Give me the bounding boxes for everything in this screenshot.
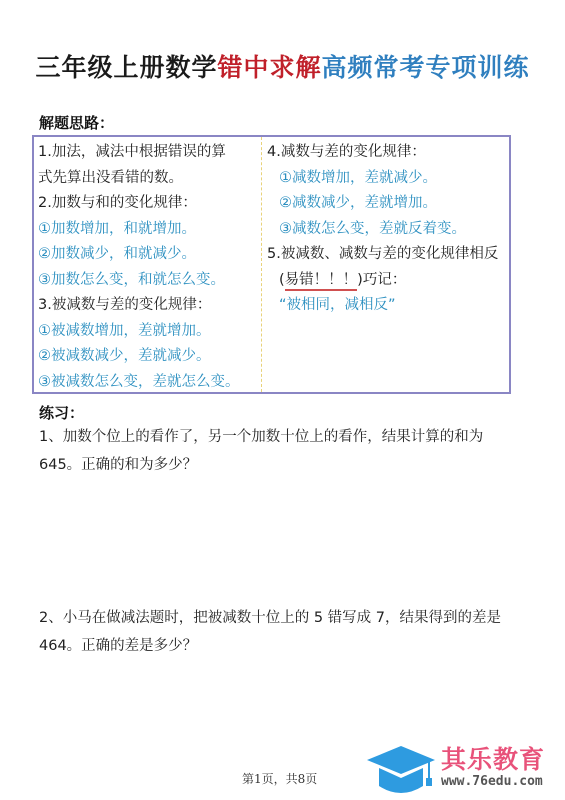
tip-line: 1.加法，减法中根据错误的算 [38, 140, 261, 166]
title-subtitle: 高频常考专项训练 [322, 53, 530, 82]
title-topic: 错中求解 [217, 53, 321, 82]
mnemonic-label: )巧记： [357, 272, 406, 288]
tip-line: ②加数减少，和就减少。 [38, 242, 261, 268]
tip-line: 式先算出没看错的数。 [38, 166, 261, 192]
tip-line: ②被减数减少，差就减少。 [38, 344, 261, 370]
tip-line: ③被减数怎么变，差就怎么变。 [38, 370, 261, 396]
brand-logo: 其乐教育 www.76edu.com [365, 740, 565, 796]
open-paren: ( [279, 272, 285, 288]
brand-name: 其乐教育 [441, 740, 545, 776]
graduation-cap-icon [365, 744, 437, 800]
tip-line: ③加数怎么变，和就怎么变。 [38, 268, 261, 294]
approach-box: 1.加法，减法中根据错误的算 式先算出没看错的数。 2.加数与和的变化规律： ①… [32, 135, 511, 394]
tip-line: 2.加数与和的变化规律： [38, 191, 261, 217]
mnemonic-text: “被相同，减相反” [267, 293, 509, 319]
title-grade: 三年级上册数学 [35, 53, 217, 82]
tip-line: ①加数增加，和就增加。 [38, 217, 261, 243]
rule4-item: ③减数怎么变，差就反着变。 [267, 217, 509, 243]
practice-question-2: 2、小马在做减法题时，把被减数十位上的 5 错写成 7，结果得到的差是 464。… [39, 604, 529, 660]
brand-url: www.76edu.com [441, 774, 543, 789]
tip-line: 3.被减数与差的变化规律： [38, 293, 261, 319]
page-indicator: 第1页，共8页 [242, 770, 317, 787]
approach-heading: 解题思路： [39, 112, 114, 133]
approach-left-column: 1.加法，减法中根据错误的算 式先算出没看错的数。 2.加数与和的变化规律： ①… [34, 137, 262, 392]
rule4-title: 4.减数与差的变化规律： [267, 140, 509, 166]
approach-right-column: 4.减数与差的变化规律： ①减数增加，差就减少。 ②减数减少，差就增加。 ③减数… [262, 137, 509, 392]
page-title: 三年级上册数学错中求解高频常考专项训练 [0, 48, 565, 84]
rule5-mnemonic-label: (易错！！！)巧记： [267, 268, 509, 294]
rule5-title: 5.被减数、减数与差的变化规律相反 [267, 242, 509, 268]
error-prone-warning: 易错！！！ [285, 272, 358, 291]
rule4-item: ①减数增加，差就减少。 [267, 166, 509, 192]
practice-heading: 练习： [39, 402, 84, 423]
tip-line: ①被减数增加，差就增加。 [38, 319, 261, 345]
practice-question-1: 1、加数个位上的看作了，另一个加数十位上的看作，结果计算的和为 645。正确的和… [39, 423, 529, 479]
rule4-item: ②减数减少，差就增加。 [267, 191, 509, 217]
